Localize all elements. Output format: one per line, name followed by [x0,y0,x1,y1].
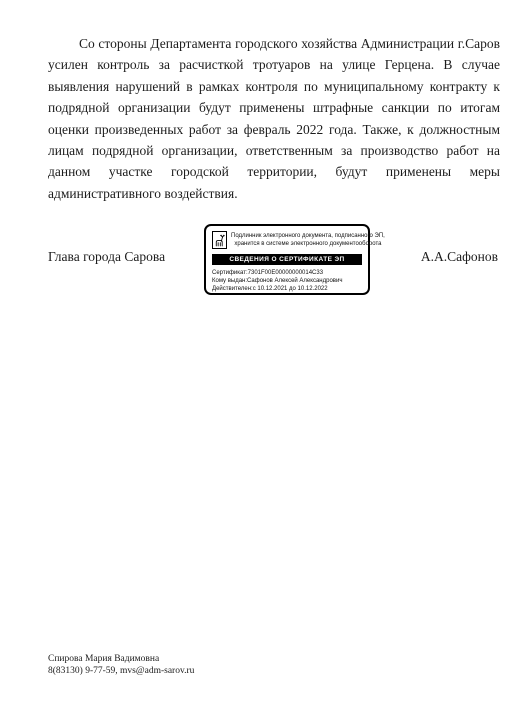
stamp-field-issued-to: Кому выдан: Сафонов Алексей Александрови… [212,277,362,285]
stamp-header: Подлинник электронного документа, подпис… [212,231,362,249]
stamp-field-certificate: Сертификат: 7301F00E00000000014C33 [212,269,362,277]
footer-contact-phone-email: 8(83130) 9-77-59, mvs@adm-sarov.ru [48,665,194,677]
body-paragraph: Со стороны Департамента городского хозяй… [48,33,500,204]
stamp-header-line1: Подлинник электронного документа, подпис… [231,233,385,239]
stamp-fields: Сертификат: 7301F00E00000000014C33 Кому … [212,269,362,293]
stamp-field-value: с 10.12.2021 до 10.12.2022 [253,285,362,293]
stamp-field-value: 7301F00E00000000014C33 [248,269,362,277]
signer-name: А.А.Сафонов [421,249,498,265]
deer-emblem-icon [212,231,227,249]
stamp-field-value: Сафонов Алексей Александрович [247,277,362,285]
e-signature-stamp: Подлинник электронного документа, подпис… [204,224,370,295]
certificate-banner: СВЕДЕНИЯ О СЕРТИФИКАТЕ ЭП [212,254,362,265]
footer-contact-name: Спирова Мария Вадимовна [48,653,194,665]
stamp-header-text: Подлинник электронного документа, подпис… [231,232,385,248]
footer-contact: Спирова Мария Вадимовна 8(83130) 9-77-59… [48,653,194,677]
document-page: Со стороны Департамента городского хозяй… [0,0,526,720]
stamp-field-label: Действителен: [212,285,253,293]
stamp-field-label: Кому выдан: [212,277,247,285]
stamp-header-line2: хранится в системе электронного документ… [234,241,381,247]
stamp-field-label: Сертификат: [212,269,248,277]
signature-position-title: Глава города Сарова [48,249,165,265]
stamp-field-validity: Действителен: с 10.12.2021 до 10.12.2022 [212,285,362,293]
